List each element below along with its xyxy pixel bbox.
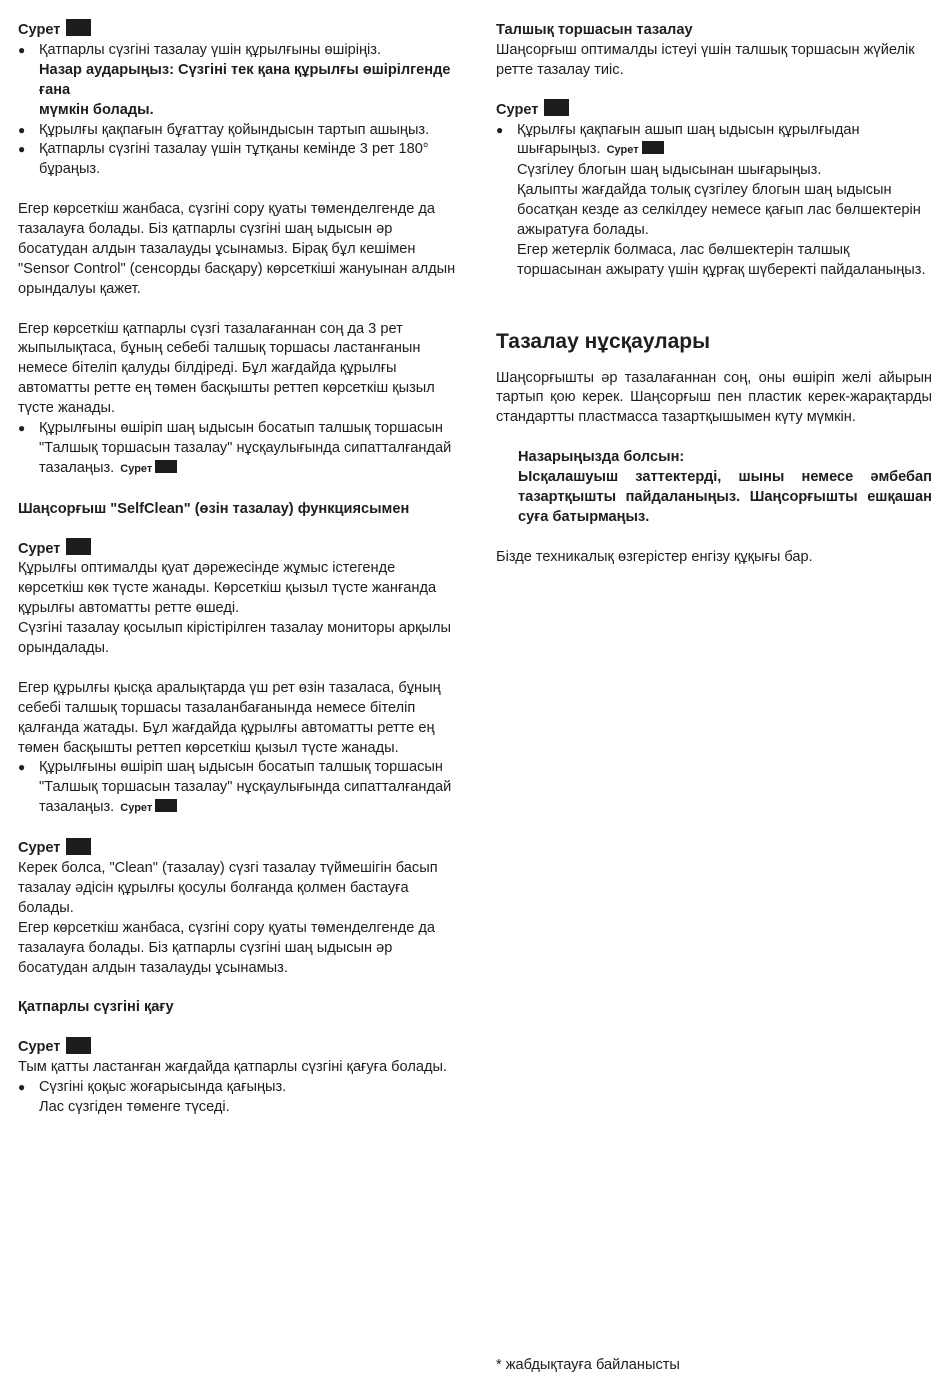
- figure-placeholder-icon: [66, 538, 91, 555]
- note-text: Ысқалашуыш заттектерді, шыны немесе әмбе…: [518, 468, 932, 528]
- figure-label: Сурет: [496, 101, 932, 121]
- footnote: * жабдықтауға байланысты: [496, 1356, 680, 1376]
- figure-placeholder-icon: [155, 799, 177, 812]
- section-heading: Талшық торшасын тазалау: [496, 21, 932, 41]
- note-title: Назарыңызда болсын:: [518, 448, 932, 468]
- paragraph: Бізде техникалық өзгерістер енгізу құқығ…: [496, 548, 932, 568]
- figure-reference: Сурет: [607, 144, 639, 156]
- figure-reference: Сурет: [120, 463, 152, 475]
- list-item: Сүзгіні қоқыс жоғарысында қағыңыз. Лас с…: [18, 1078, 458, 1118]
- left-column: Сурет Қатпарлы сүзгіні тазалау үшін құры…: [18, 21, 458, 1118]
- figure-placeholder-icon: [544, 99, 569, 116]
- bullet-list: Құрылғы қақпағын ашып шаң ыдысын құрылғы…: [496, 121, 932, 281]
- list-item: Құрылғы қақпағын ашып шаң ыдысын құрылғы…: [496, 121, 932, 281]
- paragraph: Сүзгіні тазалау қосылып кірістірілген та…: [18, 619, 458, 659]
- list-item: Құрылғыны өшіріп шаң ыдысын босатып талш…: [18, 758, 458, 819]
- figure-placeholder-icon: [66, 838, 91, 855]
- figure-label: Сурет: [18, 21, 458, 41]
- paragraph: Тым қатты ластанған жағдайда қатпарлы сү…: [18, 1058, 458, 1078]
- paragraph: Шаңсорғышты әр тазалағаннан соң, оны өші…: [496, 369, 932, 429]
- section-heading: Қатпарлы сүзгіні қағу: [18, 998, 458, 1018]
- right-column: Талшық торшасын тазалау Шаңсорғыш оптима…: [496, 21, 932, 568]
- list-item: Қатпарлы сүзгіні тазалау үшін тұтқаны ке…: [18, 140, 458, 180]
- figure-label: Сурет: [18, 839, 458, 859]
- figure-reference: Сурет: [120, 802, 152, 814]
- warning-note: Назарыңызда болсын: Ысқалашуыш заттектер…: [496, 448, 932, 528]
- figure-label: Сурет: [18, 540, 458, 560]
- figure-placeholder-icon: [66, 19, 91, 36]
- paragraph: Шаңсорғыш оптималды істеуі үшін талшық т…: [496, 41, 932, 81]
- bullet-list: Сүзгіні қоқыс жоғарысында қағыңыз. Лас с…: [18, 1078, 458, 1118]
- list-item: Қатпарлы сүзгіні тазалау үшін құрылғыны …: [18, 41, 458, 121]
- warning-text: Назар аударыңыз: Сүзгіні тек қана құрылғ…: [39, 62, 450, 98]
- paragraph: Егер құрылғы қысқа аралықтарда үш рет өз…: [18, 679, 458, 759]
- paragraph: Егер көрсеткіш жанбаса, сүзгіні сору қуа…: [18, 919, 458, 979]
- figure-placeholder-icon: [642, 141, 664, 154]
- figure-placeholder-icon: [155, 460, 177, 473]
- bullet-list: Құрылғыны өшіріп шаң ыдысын босатып талш…: [18, 758, 458, 819]
- section-heading: Шаңсорғыш "SelfClean" (өзін тазалау) фун…: [18, 500, 458, 520]
- bullet-list: Құрылғыны өшіріп шаң ыдысын босатып талш…: [18, 419, 458, 480]
- filter-cleaning-steps: Қатпарлы сүзгіні тазалау үшін құрылғыны …: [18, 41, 458, 180]
- figure-label: Сурет: [18, 1038, 458, 1058]
- list-item: Құрылғыны өшіріп шаң ыдысын босатып талш…: [18, 419, 458, 480]
- paragraph: Құрылғы оптималды қуат дәрежесінде жұмыс…: [18, 559, 458, 619]
- paragraph: Керек болса, "Clean" (тазалау) сүзгі таз…: [18, 859, 458, 919]
- paragraph: Егер көрсеткіш қатпарлы сүзгі тазалағанн…: [18, 320, 458, 420]
- figure-placeholder-icon: [66, 1037, 91, 1054]
- list-item: Құрылғы қақпағын бұғаттау қойындысын тар…: [18, 121, 458, 141]
- page-title: Тазалау нұсқаулары: [496, 329, 932, 355]
- warning-text: мүмкін болады.: [39, 102, 154, 118]
- paragraph: Егер көрсеткіш жанбаса, сүзгіні сору қуа…: [18, 200, 458, 300]
